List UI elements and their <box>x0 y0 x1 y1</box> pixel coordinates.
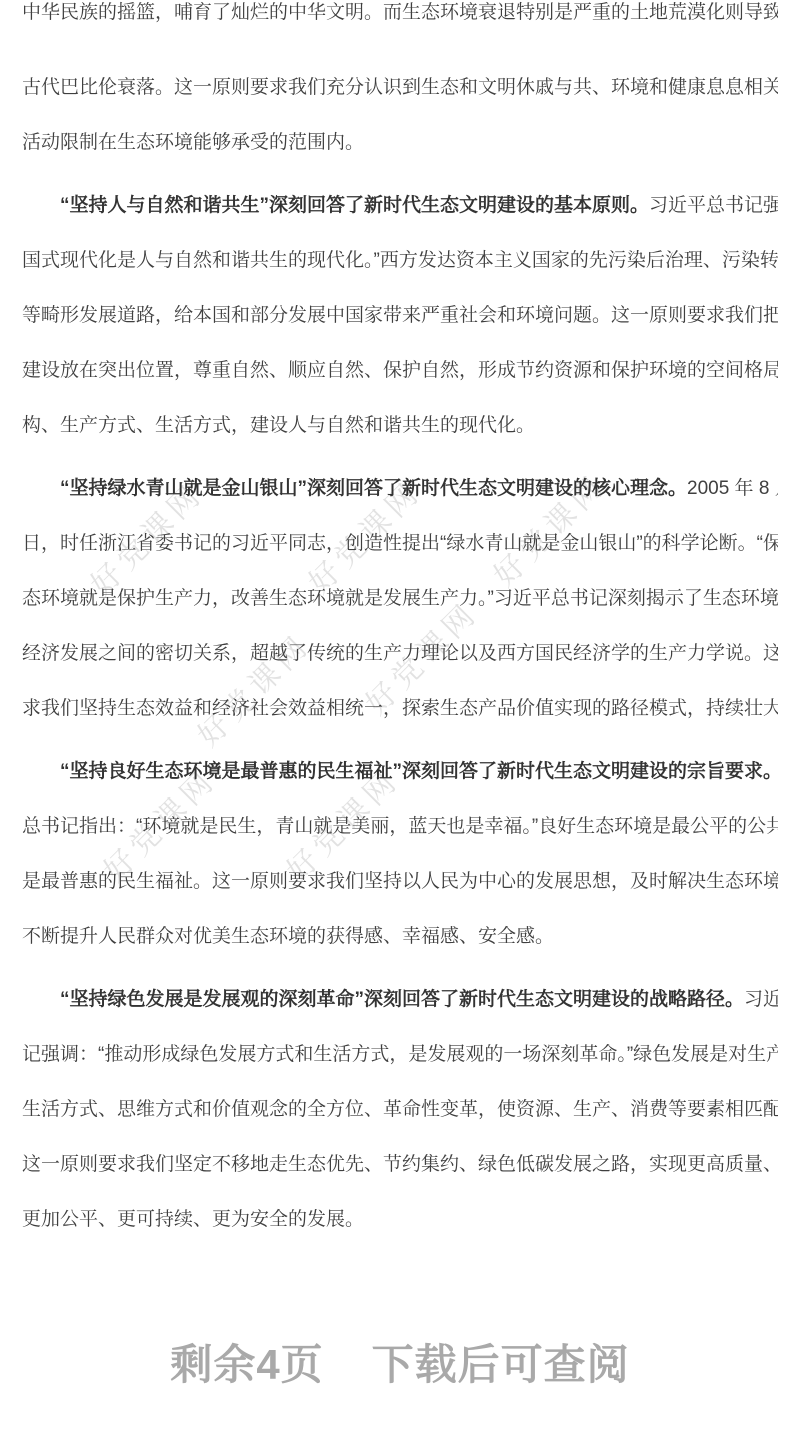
text-line: 求我们坚持生态效益和经济社会效益相统一，探索生态产品价值实现的路径模式，持续壮大… <box>22 681 778 736</box>
body-text: 总书记指出：“环境就是民生，青山就是美丽，蓝天也是幸福。”良好生态环境是最公平的… <box>22 816 778 837</box>
paragraph: “坚持绿色发展是发展观的深刻革命”深刻回答了新时代生态文明建设的战略路径。习近平… <box>22 972 778 1247</box>
text-line: 日，时任浙江省委书记的习近平同志，创造性提出“绿水青山就是金山银山”的科学论断。… <box>22 516 778 571</box>
text-line: “坚持绿水青山就是金山银山”深刻回答了新时代生态文明建设的核心理念。2005 年… <box>22 461 778 516</box>
body-text: 是最普惠的民生福祉。这一原则要求我们坚持以人民为中心的发展思想，及时解决生态环境… <box>22 871 778 892</box>
text-line: 中华民族的摇篮，哺育了灿烂的中华文明。而生态环境衰退特别是严重的土地荒漠化则导致… <box>22 0 778 40</box>
text-line: 不断提升人民群众对优美生态环境的获得感、幸福感、安全感。 <box>22 909 778 964</box>
body-text: 日，时任浙江省委书记的习近平同志，创造性提出“绿水青山就是金山银山”的科学论断。… <box>22 533 778 554</box>
text-line: 经济发展之间的密切关系，超越了传统的生产力理论以及西方国民经济学的生产力学说。这… <box>22 626 778 681</box>
body-text: 经济发展之间的密切关系，超越了传统的生产力理论以及西方国民经济学的生产力学说。这… <box>22 643 778 664</box>
body-text: 这一原则要求我们坚定不移地走生态优先、节约集约、绿色低碳发展之路，实现更高质量、… <box>22 1154 778 1175</box>
document-preview-page: 好党课网好党课网好党课网好党课网好党课网好党课网好党课网 中华民族的摇篮，哺育了… <box>0 0 800 1432</box>
body-text: 不断提升人民群众对优美生态环境的获得感、幸福感、安全感。 <box>22 926 554 947</box>
paragraph: “坚持人与自然和谐共生”深刻回答了新时代生态文明建设的基本原则。习近平总书记强调… <box>22 178 778 453</box>
pages-remaining-notice: 剩余4页下载后可查阅 <box>0 1332 800 1392</box>
text-line: 是最普惠的民生福祉。这一原则要求我们坚持以人民为中心的发展思想，及时解决生态环境… <box>22 854 778 909</box>
body-text: 国式现代化是人与自然和谐共生的现代化。”西方发达资本主义国家的先污染后治理、污染… <box>22 250 778 271</box>
body-text: 中华民族的摇篮，哺育了灿烂的中华文明。而生态环境衰退特别是严重的土地荒漠化则导致… <box>22 2 778 23</box>
text-line: 建设放在突出位置，尊重自然、顺应自然、保护自然，形成节约资源和保护环境的空间格局… <box>22 343 778 398</box>
text-line: 总书记指出：“环境就是民生，青山就是美丽，蓝天也是幸福。”良好生态环境是最公平的… <box>22 799 778 854</box>
text-line: 这一原则要求我们坚定不移地走生态优先、节约集约、绿色低碳发展之路，实现更高质量、… <box>22 1137 778 1192</box>
paragraph: 中华民族的摇篮，哺育了灿烂的中华文明。而生态环境衰退特别是严重的土地荒漠化则导致… <box>22 0 778 170</box>
text-line: 古代巴比伦衰落。这一原则要求我们充分认识到生态和文明休戚与共、环境和健康息息相关… <box>22 60 778 115</box>
document-body: 中华民族的摇篮，哺育了灿烂的中华文明。而生态环境衰退特别是严重的土地荒漠化则导致… <box>22 0 778 1255</box>
remaining-pages-count: 剩余4页 <box>170 1341 323 1388</box>
body-text: 建设放在突出位置，尊重自然、顺应自然、保护自然，形成节约资源和保护环境的空间格局… <box>22 360 778 381</box>
text-line: “坚持绿色发展是发展观的深刻革命”深刻回答了新时代生态文明建设的战略路径。习近平… <box>22 972 778 1027</box>
body-text: 生活方式、思维方式和价值观念的全方位、革命性变革，使资源、生产、消费等要素相匹配… <box>22 1099 778 1120</box>
text-line: 更加公平、更可持续、更为安全的发展。 <box>22 1192 778 1247</box>
body-text: 活动限制在生态环境能够承受的范围内。 <box>22 132 364 153</box>
body-text: 古代巴比伦衰落。这一原则要求我们充分认识到生态和文明休戚与共、环境和健康息息相关… <box>22 77 778 98</box>
body-text: 态环境就是保护生产力，改善生态环境就是发展生产力。”习近平总书记深刻揭示了生态环… <box>22 588 778 609</box>
emphasis-text: “坚持人与自然和谐共生”深刻回答了新时代生态文明建设的基本原则。 <box>60 195 649 216</box>
emphasis-text: “坚持绿水青山就是金山银山”深刻回答了新时代生态文明建设的核心理念。 <box>60 478 687 499</box>
text-line: 国式现代化是人与自然和谐共生的现代化。”西方发达资本主义国家的先污染后治理、污染… <box>22 233 778 288</box>
text-line: 记强调：“推动形成绿色发展方式和生活方式，是发展观的一场深刻革命。”绿色发展是对… <box>22 1027 778 1082</box>
text-line: 态环境就是保护生产力，改善生态环境就是发展生产力。”习近平总书记深刻揭示了生态环… <box>22 571 778 626</box>
emphasis-text: “坚持良好生态环境是最普惠的民生福祉”深刻回答了新时代生态文明建设的宗旨要求。 <box>60 761 778 782</box>
body-text: 习近平总书 <box>744 989 778 1010</box>
paragraph: “坚持良好生态环境是最普惠的民生福祉”深刻回答了新时代生态文明建设的宗旨要求。习… <box>22 744 778 964</box>
text-line: “坚持良好生态环境是最普惠的民生福祉”深刻回答了新时代生态文明建设的宗旨要求。习… <box>22 744 778 799</box>
text-line: 生活方式、思维方式和价值观念的全方位、革命性变革，使资源、生产、消费等要素相匹配… <box>22 1082 778 1137</box>
emphasis-text: “坚持绿色发展是发展观的深刻革命”深刻回答了新时代生态文明建设的战略路径。 <box>60 989 744 1010</box>
body-text: 记强调：“推动形成绿色发展方式和生活方式，是发展观的一场深刻革命。”绿色发展是对… <box>22 1044 778 1065</box>
body-text: 更加公平、更可持续、更为安全的发展。 <box>22 1209 364 1230</box>
body-text: 等畸形发展道路，给本国和部分发展中国家带来严重社会和环境问题。这一原则要求我们把… <box>22 305 778 326</box>
text-line: 等畸形发展道路，给本国和部分发展中国家带来严重社会和环境问题。这一原则要求我们把… <box>22 288 778 343</box>
download-hint: 下载后可查阅 <box>372 1341 630 1388</box>
text-line: 构、生产方式、生活方式，建设人与自然和谐共生的现代化。 <box>22 398 778 453</box>
text-line: 活动限制在生态环境能够承受的范围内。 <box>22 115 778 170</box>
body-text: 习近平总书记强调：“中 <box>649 195 778 216</box>
body-text: 2005 年 8 月 15 <box>687 478 778 499</box>
body-text: 构、生产方式、生活方式，建设人与自然和谐共生的现代化。 <box>22 415 535 436</box>
text-line: “坚持人与自然和谐共生”深刻回答了新时代生态文明建设的基本原则。习近平总书记强调… <box>22 178 778 233</box>
body-text: 求我们坚持生态效益和经济社会效益相统一，探索生态产品价值实现的路径模式，持续壮大… <box>22 698 778 719</box>
paragraph: “坚持绿水青山就是金山银山”深刻回答了新时代生态文明建设的核心理念。2005 年… <box>22 461 778 736</box>
